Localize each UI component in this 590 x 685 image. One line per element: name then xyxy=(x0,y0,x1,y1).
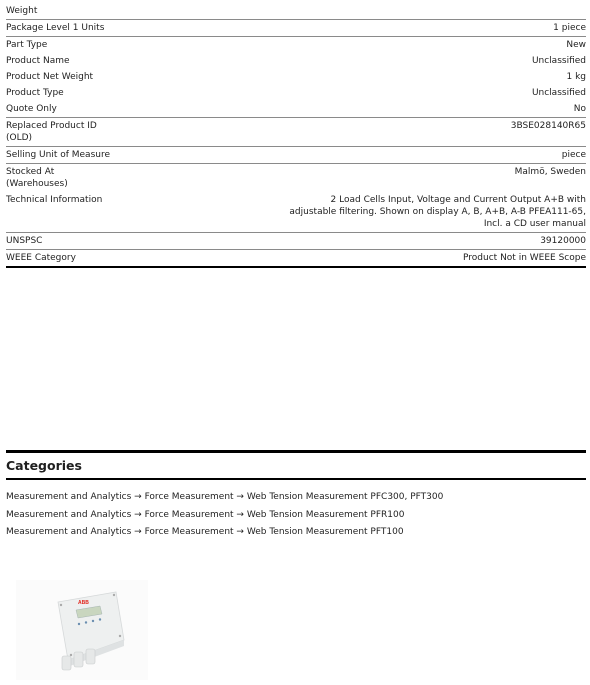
product-image[interactable]: ABB xyxy=(16,580,148,680)
spec-row: UNSPSC39120000 xyxy=(6,233,586,250)
spec-value: No xyxy=(574,103,586,115)
spec-value: Unclassified xyxy=(532,55,586,67)
product-device-icon: ABB xyxy=(16,580,148,680)
spec-value: Product Not in WEEE Scope xyxy=(463,252,586,264)
spec-row: Product NameUnclassified xyxy=(6,53,586,69)
spec-row: Part TypeNew xyxy=(6,37,586,53)
categories-section: Categories Measurement and Analytics → F… xyxy=(6,450,586,542)
spec-value: 1 kg xyxy=(566,71,586,83)
spec-label: Stocked At(Warehouses) xyxy=(6,166,146,190)
specifications-table: WeightPackage Level 1 Units1 piecePart T… xyxy=(6,3,586,268)
spec-row: WEEE CategoryProduct Not in WEEE Scope xyxy=(6,250,586,268)
spec-label: Part Type xyxy=(6,39,146,51)
category-link[interactable]: Measurement and Analytics → Force Measur… xyxy=(6,489,586,507)
spec-value: New xyxy=(566,39,586,51)
spec-value: Malmö, Sweden xyxy=(515,166,586,190)
spec-label: UNSPSC xyxy=(6,235,146,247)
spec-row: Technical Information2 Load Cells Input,… xyxy=(6,192,586,233)
spec-label: Product Name xyxy=(6,55,146,67)
categories-list: Measurement and Analytics → Force Measur… xyxy=(6,489,586,542)
spec-label: Product Net Weight xyxy=(6,71,146,83)
category-link[interactable]: Measurement and Analytics → Force Measur… xyxy=(6,524,586,542)
spec-row: Stocked At(Warehouses)Malmö, Sweden xyxy=(6,164,586,192)
spec-label: Selling Unit of Measure xyxy=(6,149,146,161)
spec-label: WEEE Category xyxy=(6,252,146,264)
spec-label: Quote Only xyxy=(6,103,146,115)
categories-heading: Categories xyxy=(6,450,586,480)
spec-row: Product Net Weight1 kg xyxy=(6,69,586,85)
spec-label: Weight xyxy=(6,5,146,17)
spec-value: piece xyxy=(562,149,586,161)
spec-value: 39120000 xyxy=(540,235,586,247)
svg-text:ABB: ABB xyxy=(78,600,89,606)
spec-row: Replaced Product ID(OLD)3BSE028140R65 xyxy=(6,118,586,147)
spec-label: Technical Information xyxy=(6,194,146,230)
spec-row: Product TypeUnclassified xyxy=(6,85,586,101)
spec-label: Product Type xyxy=(6,87,146,99)
spec-row: Package Level 1 Units1 piece xyxy=(6,20,586,37)
spec-row: Weight xyxy=(6,3,586,20)
spec-value: 1 piece xyxy=(553,22,586,34)
spec-row: Selling Unit of Measurepiece xyxy=(6,147,586,164)
category-link[interactable]: Measurement and Analytics → Force Measur… xyxy=(6,507,586,525)
spec-value: Unclassified xyxy=(532,87,586,99)
spec-value: 3BSE028140R65 xyxy=(511,120,586,144)
spec-label: Replaced Product ID(OLD) xyxy=(6,120,146,144)
spec-row: Quote OnlyNo xyxy=(6,101,586,118)
spec-label: Package Level 1 Units xyxy=(6,22,146,34)
spec-value: 2 Load Cells Input, Voltage and Current … xyxy=(286,194,586,230)
